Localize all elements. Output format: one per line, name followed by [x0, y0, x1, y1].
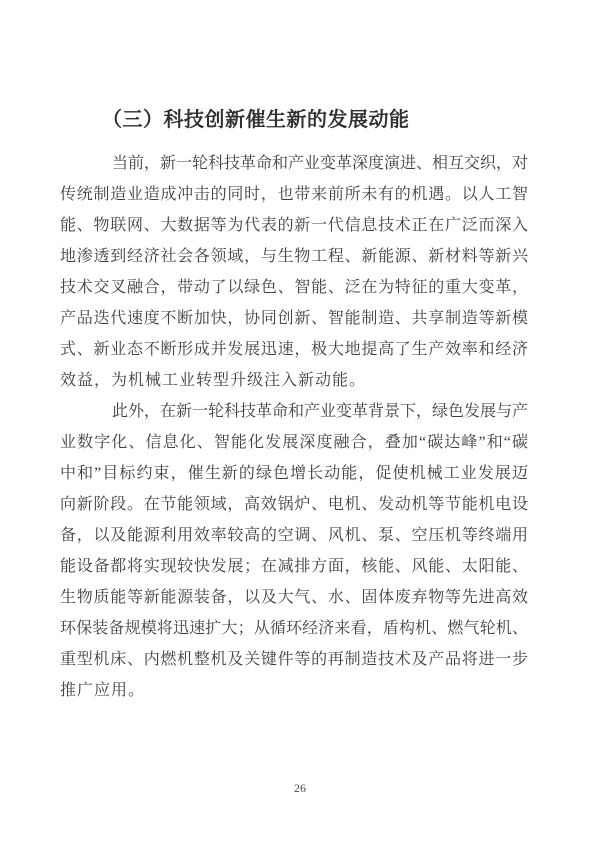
- text-line: 技术交叉融合，带动了以绿色、智能、泛在为特征的重大变革，: [60, 272, 528, 303]
- text-line: 式、新业态不断形成并发展迅速，极大地提高了生产效率和经济: [60, 334, 528, 365]
- text-line: 生物质能等新能源装备，以及大气、水、固体废弃物等先进高效: [60, 582, 528, 613]
- text-line: 效益，为机械工业转型升级注入新动能。: [60, 365, 528, 396]
- text-line: 此外，在新一轮科技革命和产业变革背景下，绿色发展与产: [60, 396, 528, 427]
- text-line: 能、物联网、大数据等为代表的新一代信息技术正在广泛而深入: [60, 210, 528, 241]
- text-line: 能设备都将实现较快发展；在减排方面，核能、风能、太阳能、: [60, 551, 528, 582]
- text-line: 环保装备规模将迅速扩大；从循环经济来看，盾构机、燃气轮机、: [60, 613, 528, 644]
- section-heading: （三）科技创新催生新的发展动能: [60, 106, 570, 134]
- text-line: 业数字化、信息化、智能化发展深度融合，叠加“碳达峰”和“碳: [60, 427, 528, 458]
- text-line: 中和”目标约束，催生新的绿色增长动能，促使机械工业发展迈: [60, 458, 528, 489]
- text-line: 推广应用。: [60, 675, 528, 706]
- text-line: 地渗透到经济社会各领域，与生物工程、新能源、新材料等新兴: [60, 241, 528, 272]
- text-line: 备，以及能源利用效率较高的空调、风机、泵、空压机等终端用: [60, 520, 528, 551]
- text-line: 传统制造业造成冲击的同时，也带来前所未有的机遇。以人工智: [60, 179, 528, 210]
- text-line: 重型机床、内燃机整机及关键件等的再制造技术及产品将进一步: [60, 644, 528, 675]
- document-body: 当前，新一轮科技革命和产业变革深度演进、相互交织，对 传统制造业造成冲击的同时，…: [60, 148, 528, 706]
- text-line: 产品迭代速度不断加快，协同创新、智能制造、共享制造等新模: [60, 303, 528, 334]
- text-line: 当前，新一轮科技革命和产业变革深度演进、相互交织，对: [60, 148, 528, 179]
- document-page: （三）科技创新催生新的发展动能 当前，新一轮科技革命和产业变革深度演进、相互交织…: [0, 0, 600, 848]
- page-number: 26: [0, 781, 600, 796]
- text-line: 向新阶段。在节能领域，高效锅炉、电机、发动机等节能机电设: [60, 489, 528, 520]
